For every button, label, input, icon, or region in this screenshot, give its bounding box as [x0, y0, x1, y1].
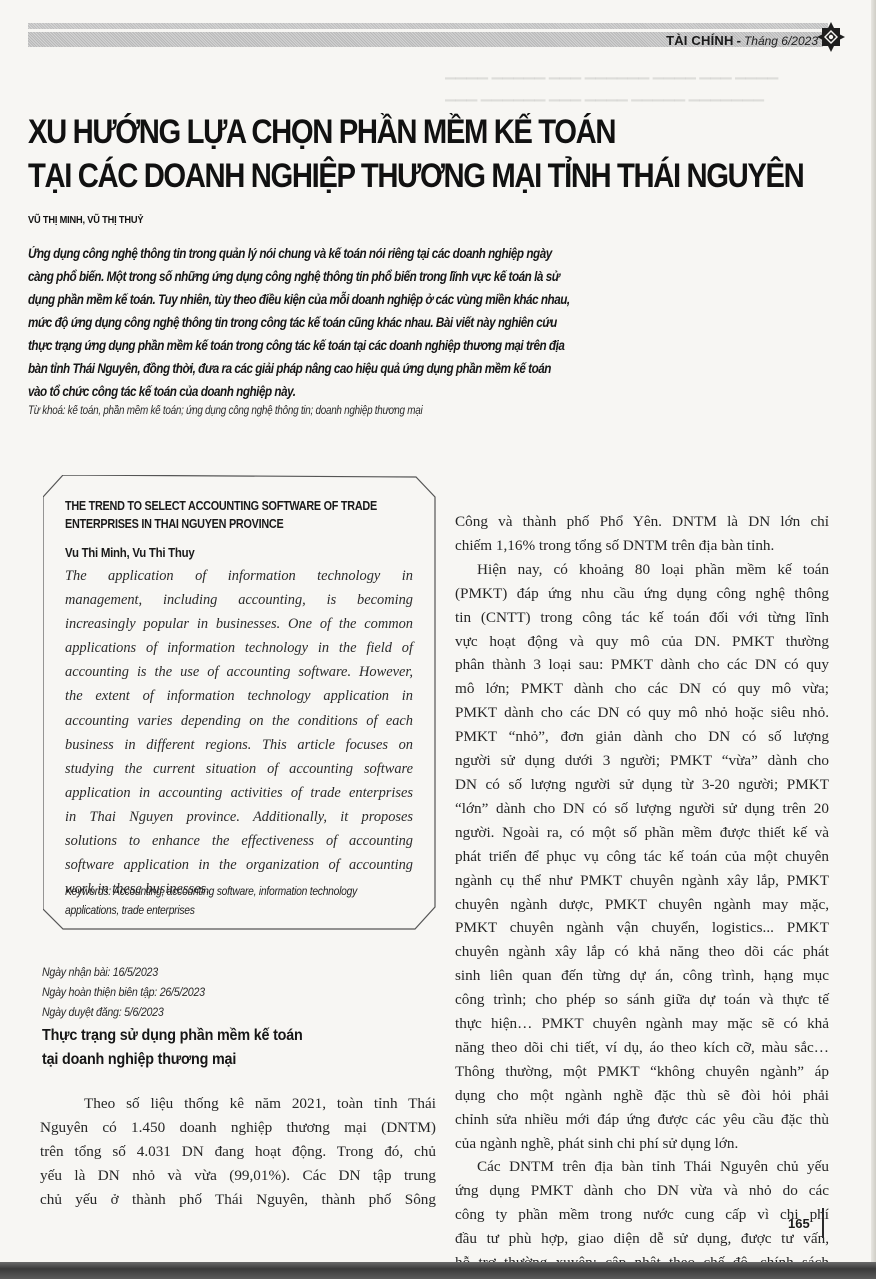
submission-dates: Ngày nhận bài: 16/5/2023 Ngày hoàn thiện… [42, 962, 205, 1022]
date-approved: Ngày duyệt đăng: 5/6/2023 [42, 1002, 205, 1022]
english-authors: Vu Thi Minh, Vu Thi Thuy [65, 545, 194, 560]
english-keywords-line: applications, trade enterprises [65, 901, 409, 920]
body-line: chuyên ngành xây lắp có khả năng theo dõ… [455, 940, 829, 964]
running-header: TÀI CHÍNH - Tháng 6/2023 [666, 32, 818, 49]
english-abstract-line: solutions to enhance the effectiveness o… [65, 829, 413, 853]
body-line: mô lớn; PMKT dành cho các DN có quy mô v… [455, 677, 829, 701]
body-line: Theo số liệu thống kê năm 2021, toàn tỉn… [62, 1092, 436, 1116]
body-line: tin (CNTT) trong công tác kế toán đối vớ… [455, 606, 829, 630]
scan-bottom-edge [0, 1262, 876, 1279]
english-abstract-line: management, including accounting, is bec… [65, 588, 413, 612]
body-line: dụng cho một ngành nghề đặc thù sẽ đòi h… [455, 1084, 829, 1108]
body-line: ngành cụ thể như PMKT chuyên ngành xây l… [455, 869, 829, 893]
body-line: Công và thành phố Phổ Yên. DNTM là DN lớ… [455, 510, 829, 534]
section-heading-line: Thực trạng sử dụng phần mềm kế toán [42, 1024, 303, 1048]
abstract-line: dụng phần mềm kế toán. Tuy nhiên, tùy th… [28, 288, 647, 311]
abstract-line: càng phổ biến. Một trong số những ứng dụ… [28, 265, 647, 288]
english-abstract-line: accounting is the use of accounting soft… [65, 660, 413, 684]
section-heading-line: tại doanh nghiệp thương mại [42, 1048, 303, 1072]
abstract-line: mức độ ứng dụng công nghệ thông tin tron… [28, 311, 647, 334]
body-line: Nguyên có 1.450 doanh nghiệp thương mại … [40, 1116, 436, 1140]
english-abstract-line: software application in the organization… [65, 853, 413, 877]
body-line: đầu tư phù hợp, giao diện dễ sử dụng, đư… [455, 1227, 829, 1251]
body-line: vực hoạt động và quy mô của DN. PMKT thư… [455, 630, 829, 654]
body-line: chỉnh sửa nhiều mới đáp ứng được các yêu… [455, 1108, 829, 1132]
issue-date: Tháng 6/2023 [744, 33, 818, 50]
english-title-line: ENTERPRISES IN THAI NGUYEN PROVINCE [65, 515, 375, 533]
english-abstract-line: increasingly popular in businesses. One … [65, 612, 413, 636]
english-abstract-line: the extent of information technology app… [65, 684, 413, 708]
compass-diamond-icon [817, 22, 845, 52]
body-line: PMKT dành cho các DN có quy mô nhỏ hoặc … [455, 701, 829, 725]
page-edge-shadow [871, 0, 876, 1262]
date-edited: Ngày hoàn thiện biên tập: 26/5/2023 [42, 982, 205, 1002]
body-line: trên tổng số 4.031 DN đang hoạt động. Tr… [40, 1140, 436, 1164]
title-line-2: TẠI CÁC DOANH NGHIỆP THƯƠNG MẠI TỈNH THÁ… [28, 154, 850, 198]
body-line: (PMKT) đáp ứng nhu cầu ứng dụng công ngh… [455, 582, 829, 606]
body-column-left: Theo số liệu thống kê năm 2021, toàn tỉn… [62, 1092, 436, 1212]
body-line: “lớn” dành cho DN có số lượng người sử d… [455, 797, 829, 821]
body-line: người sử dụng dưới 3 người; PMKT “vừa” d… [455, 749, 829, 773]
body-line: phân thành 3 loại sau: PMKT dành cho các… [455, 653, 829, 677]
english-abstract-box: THE TREND TO SELECT ACCOUNTING SOFTWARE … [43, 475, 436, 930]
english-title: THE TREND TO SELECT ACCOUNTING SOFTWARE … [65, 497, 375, 533]
english-abstract-line: application in accounting activities of … [65, 781, 413, 805]
body-line: của ngành nghề, phát sinh chi phí sử dụn… [455, 1132, 829, 1156]
english-keywords: Keywords: Accounting, accounting softwar… [65, 882, 409, 920]
magazine-name: TÀI CHÍNH [666, 32, 734, 49]
english-keywords-line: Keywords: Accounting, accounting softwar… [65, 882, 409, 901]
page-number-rule [822, 1208, 824, 1238]
page-number: 165 [788, 1216, 810, 1231]
date-received: Ngày nhận bài: 16/5/2023 [42, 962, 205, 982]
body-line: chiếm 1,16% trong tổng số DNTM trên địa … [455, 534, 829, 558]
english-abstract-line: applications of information technology i… [65, 636, 413, 660]
english-title-line: THE TREND TO SELECT ACCOUNTING SOFTWARE … [65, 497, 375, 515]
body-line: yếu là DN nhỏ và vừa (99,01%). Các DN tậ… [40, 1164, 436, 1188]
body-line: công trình; cho phép so sánh giữa dự toá… [455, 988, 829, 1012]
english-abstract-line: studying the current situation of accoun… [65, 757, 413, 781]
abstract-line: vào tổ chức công tác kế toán của doanh n… [28, 380, 647, 403]
body-line: người. Ngoài ra, có một số phần mềm được… [455, 821, 829, 845]
body-line: Thông thường, một PMKT “không chuyên ngà… [455, 1060, 829, 1084]
header-rule-top [28, 23, 828, 29]
body-line: năng theo dõi chi tiết, ví dụ, áo theo k… [455, 1036, 829, 1060]
article-title: XU HƯỚNG LỰA CHỌN PHẦN MỀM KẾ TOÁN TẠI C… [28, 110, 733, 198]
english-abstract-line: in Thai Nguyen province. Additionally, i… [65, 805, 413, 829]
body-line: thực hiện… PMKT chuyên ngành may mặc sẽ … [455, 1012, 829, 1036]
english-abstract: The application of information technolog… [65, 564, 413, 901]
body-line: chuyên ngành dược, PMKT chuyên ngành may… [455, 893, 829, 917]
body-column-right: Công và thành phố Phổ Yên. DNTM là DN lớ… [455, 510, 829, 1275]
abstract-line: bàn tỉnh Thái Nguyên, đồng thời, đưa ra … [28, 357, 647, 380]
body-line: DN có số lượng người sử dụng từ 3-20 ngư… [455, 773, 829, 797]
english-abstract-line: business in different regions. This arti… [65, 733, 413, 757]
body-line: phát triển để phục vụ công tác kế toán c… [455, 845, 829, 869]
abstract-line: thực trạng ứng dụng phần mềm kế toán tro… [28, 334, 647, 357]
section-heading: Thực trạng sử dụng phần mềm kế toán tại … [42, 1024, 303, 1072]
body-line: PMKT “nhỏ”, đơn giản dành cho DN có số l… [455, 725, 829, 749]
english-abstract-line: accounting varies depending on the condi… [65, 709, 413, 733]
body-line: ứng dụng PMKT dành cho DN vừa và nhỏ do … [455, 1179, 829, 1203]
body-line: chủ yếu ở thành phố Thái Nguyên, thành p… [40, 1188, 436, 1212]
body-line: Hiện nay, có khoảng 80 loại phần mềm kế … [455, 558, 829, 582]
body-line: sinh liên quan đến từng dự án, công trìn… [455, 964, 829, 988]
article-authors: VŨ THỊ MINH, VŨ THỊ THUỶ [28, 214, 143, 226]
body-line: Các DNTM trên địa bàn tỉnh Thái Nguyên c… [455, 1155, 829, 1179]
body-line: công ty phần mềm trong nước cung cấp vì … [455, 1203, 829, 1227]
abstract-line: Ứng dụng công nghệ thông tin trong quản … [28, 242, 647, 265]
title-line-1: XU HƯỚNG LỰA CHỌN PHẦN MỀM KẾ TOÁN [28, 110, 733, 154]
english-abstract-line: The application of information technolog… [65, 564, 413, 588]
body-line: PMKT chuyên ngành vận chuyển, logistics.… [455, 916, 829, 940]
keywords-vietnamese: Từ khoá: kế toán, phần mềm kế toán; ứng … [28, 405, 422, 417]
header-separator: - [737, 32, 741, 49]
abstract-vietnamese: Ứng dụng công nghệ thông tin trong quản … [28, 242, 647, 403]
